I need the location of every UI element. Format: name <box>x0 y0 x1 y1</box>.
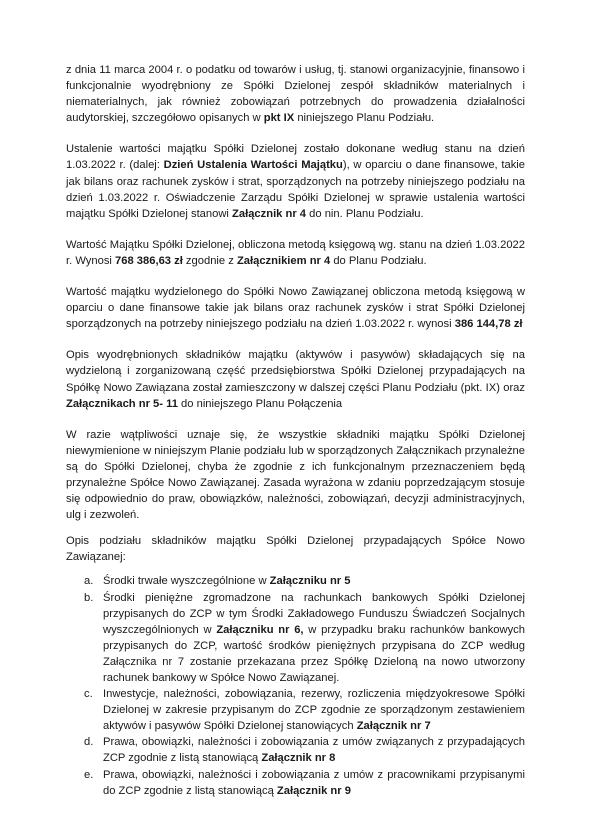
text-run: zgodnie z <box>183 255 237 267</box>
bold-text: Załącznikach nr 5- 11 <box>66 398 178 410</box>
bold-text: Załącznik nr 8 <box>261 752 335 764</box>
list-item: c. Inwestycje, należności, zobowiązania,… <box>66 686 525 734</box>
paragraph-asset-valuation-date: Ustalenie wartości majątku Spółki Dzielo… <box>66 141 525 221</box>
bold-text: Załączniku nr 6, <box>216 624 303 636</box>
list-marker: a. <box>84 573 93 589</box>
document-page: z dnia 11 marca 2004 r. o podatku od tow… <box>66 62 525 799</box>
list-marker: b. <box>84 590 93 606</box>
bold-text: Załącznik nr 4 <box>232 208 306 220</box>
bold-text: Dzień Ustalenia Wartości Majątku <box>164 159 343 171</box>
bold-text: pkt IX <box>264 112 294 124</box>
list-item-text: Prawa, obowiązki, należności i zobowiąza… <box>103 736 525 764</box>
text-run: do niniejszego Planu Połączenia <box>178 398 342 410</box>
text-run: do Planu Podziału. <box>330 255 426 267</box>
text-run: Inwestycje, należności, zobowiązania, re… <box>103 688 525 732</box>
paragraph-vat-act-reference: z dnia 11 marca 2004 r. o podatku od tow… <box>66 62 525 126</box>
text-run: do nin. Planu Podziału. <box>306 208 424 220</box>
list-item: b. Środki pieniężne zgromadzone na rachu… <box>66 590 525 687</box>
bold-text: Załącznik nr 7 <box>357 720 431 732</box>
list-marker: d. <box>84 734 93 750</box>
text-run: niniejszego Planu Podziału. <box>294 112 434 124</box>
paragraph-divided-company-value: Wartość Majątku Spółki Dzielonej, oblicz… <box>66 237 525 269</box>
bold-text: 768 386,63 zł <box>115 255 183 267</box>
bold-text: 386 144,78 zł <box>455 318 523 330</box>
list-item: d. Prawa, obowiązki, należności i zobowi… <box>66 734 525 766</box>
paragraph-new-company-value: Wartość majątku wydzielonego do Spółki N… <box>66 284 525 332</box>
bold-text: Załączniku nr 5 <box>270 575 351 587</box>
list-marker: c. <box>84 686 93 702</box>
list-item: a. Środki trwałe wyszczególnione w Załąc… <box>66 573 525 589</box>
list-marker: e. <box>84 767 93 783</box>
text-run: Środki trwałe wyszczególnione w <box>103 575 270 587</box>
text-run: W razie wątpliwości uznaje się, że wszys… <box>66 429 525 521</box>
list-item-text: Środki trwałe wyszczególnione w Załączni… <box>103 575 350 587</box>
text-run: Opis podziału składników majątku Spółki … <box>66 535 525 563</box>
list-item: e. Prawa, obowiązki, należności i zobowi… <box>66 767 525 799</box>
asset-list: a. Środki trwałe wyszczególnione w Załąc… <box>66 573 525 798</box>
bold-text: Załącznik nr 9 <box>277 785 351 797</box>
paragraph-asset-description: Opis wyodrębnionych składników majątku (… <box>66 347 525 411</box>
paragraph-doubt-clause: W razie wątpliwości uznaje się, że wszys… <box>66 427 525 524</box>
paragraph-division-description-intro: Opis podziału składników majątku Spółki … <box>66 533 525 565</box>
list-item-text: Prawa, obowiązki, należności i zobowiąza… <box>103 769 525 797</box>
text-run: Opis wyodrębnionych składników majątku (… <box>66 349 525 393</box>
list-item-text: Inwestycje, należności, zobowiązania, re… <box>103 688 525 732</box>
bold-text: Załącznikiem nr 4 <box>237 255 330 267</box>
list-item-text: Środki pieniężne zgromadzone na rachunka… <box>103 592 525 684</box>
